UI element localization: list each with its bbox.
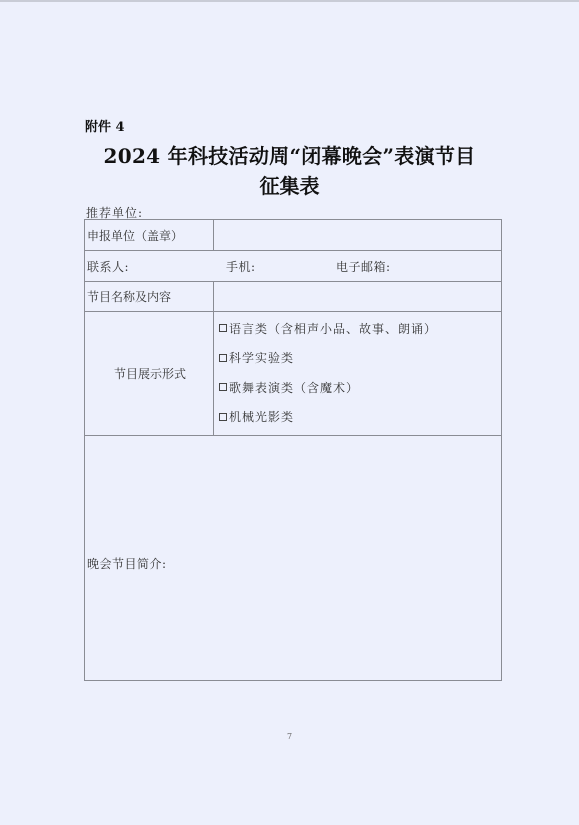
email-label: 电子邮箱: [336, 258, 391, 275]
option-language[interactable]: 语言类（含相声小品、故事、朗诵） [216, 315, 501, 345]
option-mechanical-light[interactable]: 机械光影类 [216, 403, 501, 433]
program-name-label: 节目名称及内容 [85, 282, 214, 312]
checkbox-icon[interactable] [219, 383, 227, 391]
document-title-line2: 征集表 [0, 170, 579, 199]
option-song-dance[interactable]: 歌舞表演类（含魔术） [216, 374, 501, 404]
program-name-row: 节目名称及内容 [85, 282, 502, 312]
attachment-label: 附件 4 [85, 116, 125, 135]
page-top-edge [0, 0, 579, 2]
contact-cell[interactable]: 联系人: 手机: 电子邮箱: [85, 251, 502, 282]
applicant-unit-row: 申报单位（盖章） [85, 220, 502, 251]
page-number: 7 [0, 732, 579, 741]
applicant-unit-label: 申报单位（盖章） [85, 220, 214, 251]
checkbox-icon[interactable] [219, 354, 227, 362]
contact-person-label: 联系人: [87, 258, 226, 275]
program-name-field[interactable] [214, 282, 502, 312]
checkbox-icon[interactable] [219, 413, 227, 421]
display-form-options: 语言类（含相声小品、故事、朗诵） 科学实验类 歌舞表演类（含魔术） 机械光影类 [214, 312, 502, 436]
display-form-label: 节目展示形式 [85, 312, 214, 436]
phone-label: 手机: [226, 258, 336, 275]
option-science-experiment[interactable]: 科学实验类 [216, 344, 501, 374]
document-title-line1: 2024 年科技活动周“闭幕晚会”表演节目 [0, 140, 579, 169]
program-form-table: 申报单位（盖章） 联系人: 手机: 电子邮箱: 节目名称及内容 节目展示形式 语… [84, 219, 502, 681]
checkbox-icon[interactable] [219, 324, 227, 332]
program-brief-row: 晚会节目简介: [85, 436, 502, 681]
display-form-row: 节目展示形式 语言类（含相声小品、故事、朗诵） 科学实验类 歌舞表演类（含魔术）… [85, 312, 502, 436]
program-brief-cell[interactable]: 晚会节目简介: [85, 436, 502, 681]
contact-row: 联系人: 手机: 电子邮箱: [85, 251, 502, 282]
applicant-unit-field[interactable] [214, 220, 502, 251]
program-brief-label: 晚会节目简介: [87, 545, 501, 572]
